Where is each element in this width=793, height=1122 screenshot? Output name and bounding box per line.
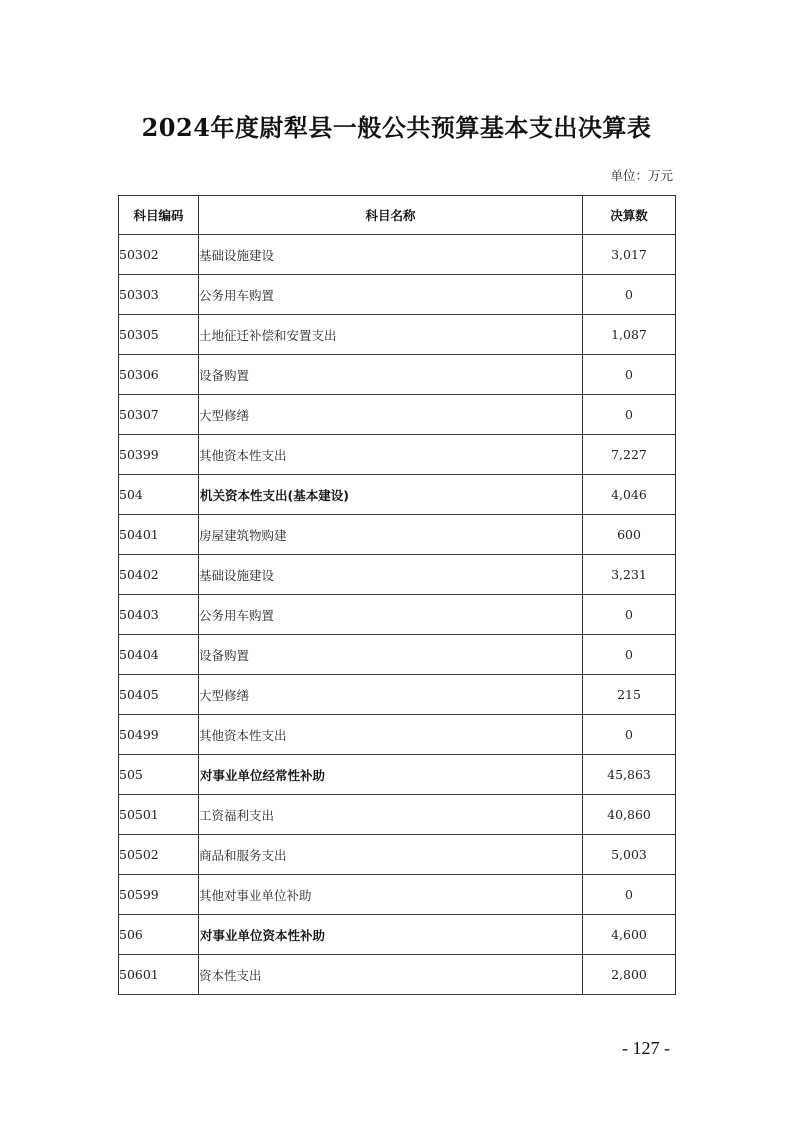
row-code: 50499 [119, 715, 199, 755]
row-code: 504 [119, 475, 199, 515]
row-amount: 7,227 [583, 435, 676, 475]
table-row: 50403 公务用车购置 0 [119, 595, 676, 635]
row-amount: 0 [583, 355, 676, 395]
row-code: 50404 [119, 635, 199, 675]
table-row: 50501 工资福利支出 40,860 [119, 795, 676, 835]
row-amount: 600 [583, 515, 676, 555]
table-row-category: 505 对事业单位经常性补助 45,863 [119, 755, 676, 795]
row-name: 资本性支出 [199, 955, 583, 995]
row-code: 50306 [119, 355, 199, 395]
header-name: 科目名称 [199, 196, 583, 235]
table-row: 50307 大型修缮 0 [119, 395, 676, 435]
budget-expenditure-table: 科目编码 科目名称 决算数 50302 基础设施建设 3,017 50303 公… [118, 195, 676, 995]
table-row: 50302 基础设施建设 3,017 [119, 235, 676, 275]
table-row: 50601 资本性支出 2,800 [119, 955, 676, 995]
row-amount: 0 [583, 275, 676, 315]
row-code: 50307 [119, 395, 199, 435]
row-amount: 4,046 [583, 475, 676, 515]
table-row: 50404 设备购置 0 [119, 635, 676, 675]
row-name: 对事业单位资本性补助 [199, 915, 583, 955]
row-name: 对事业单位经常性补助 [199, 755, 583, 795]
row-name: 公务用车购置 [199, 595, 583, 635]
row-name: 商品和服务支出 [199, 835, 583, 875]
row-name: 大型修缮 [199, 395, 583, 435]
row-code: 50501 [119, 795, 199, 835]
table-row: 50401 房屋建筑物购建 600 [119, 515, 676, 555]
row-amount: 45,863 [583, 755, 676, 795]
table-row: 50399 其他资本性支出 7,227 [119, 435, 676, 475]
unit-label: 单位：万元 [610, 166, 673, 184]
page-title: 2024年度尉犁县一般公共预算基本支出决算表 [0, 108, 793, 143]
table-row: 50502 商品和服务支出 5,003 [119, 835, 676, 875]
table-row: 50499 其他资本性支出 0 [119, 715, 676, 755]
row-name: 公务用车购置 [199, 275, 583, 315]
table-row: 50306 设备购置 0 [119, 355, 676, 395]
row-code: 50405 [119, 675, 199, 715]
table-row: 50303 公务用车购置 0 [119, 275, 676, 315]
row-name: 其他对事业单位补助 [199, 875, 583, 915]
row-name: 房屋建筑物购建 [199, 515, 583, 555]
header-amount: 决算数 [583, 196, 676, 235]
table-header-row: 科目编码 科目名称 决算数 [119, 196, 676, 235]
row-amount: 0 [583, 595, 676, 635]
row-code: 50599 [119, 875, 199, 915]
row-code: 50305 [119, 315, 199, 355]
row-code: 50403 [119, 595, 199, 635]
header-code: 科目编码 [119, 196, 199, 235]
table-row: 50305 土地征迁补偿和安置支出 1,087 [119, 315, 676, 355]
row-code: 50302 [119, 235, 199, 275]
row-amount: 4,600 [583, 915, 676, 955]
row-amount: 0 [583, 635, 676, 675]
row-amount: 215 [583, 675, 676, 715]
row-amount: 5,003 [583, 835, 676, 875]
row-code: 50601 [119, 955, 199, 995]
row-amount: 2,800 [583, 955, 676, 995]
row-code: 50401 [119, 515, 199, 555]
row-name: 机关资本性支出(基本建设) [199, 475, 583, 515]
row-code: 50402 [119, 555, 199, 595]
row-amount: 40,860 [583, 795, 676, 835]
table-row: 50405 大型修缮 215 [119, 675, 676, 715]
row-name: 工资福利支出 [199, 795, 583, 835]
row-code: 50399 [119, 435, 199, 475]
row-name: 大型修缮 [199, 675, 583, 715]
row-name: 设备购置 [199, 355, 583, 395]
table-row: 50599 其他对事业单位补助 0 [119, 875, 676, 915]
row-code: 506 [119, 915, 199, 955]
row-name: 基础设施建设 [199, 235, 583, 275]
row-name: 其他资本性支出 [199, 435, 583, 475]
row-name: 基础设施建设 [199, 555, 583, 595]
row-amount: 0 [583, 875, 676, 915]
row-amount: 3,017 [583, 235, 676, 275]
row-amount: 0 [583, 715, 676, 755]
row-amount: 1,087 [583, 315, 676, 355]
row-name: 土地征迁补偿和安置支出 [199, 315, 583, 355]
row-code: 505 [119, 755, 199, 795]
row-amount: 0 [583, 395, 676, 435]
row-code: 50303 [119, 275, 199, 315]
table-row-category: 506 对事业单位资本性补助 4,600 [119, 915, 676, 955]
row-name: 设备购置 [199, 635, 583, 675]
row-code: 50502 [119, 835, 199, 875]
row-name: 其他资本性支出 [199, 715, 583, 755]
table-row: 50402 基础设施建设 3,231 [119, 555, 676, 595]
table-row-category: 504 机关资本性支出(基本建设) 4,046 [119, 475, 676, 515]
row-amount: 3,231 [583, 555, 676, 595]
page-number: - 127 - [622, 1038, 670, 1059]
